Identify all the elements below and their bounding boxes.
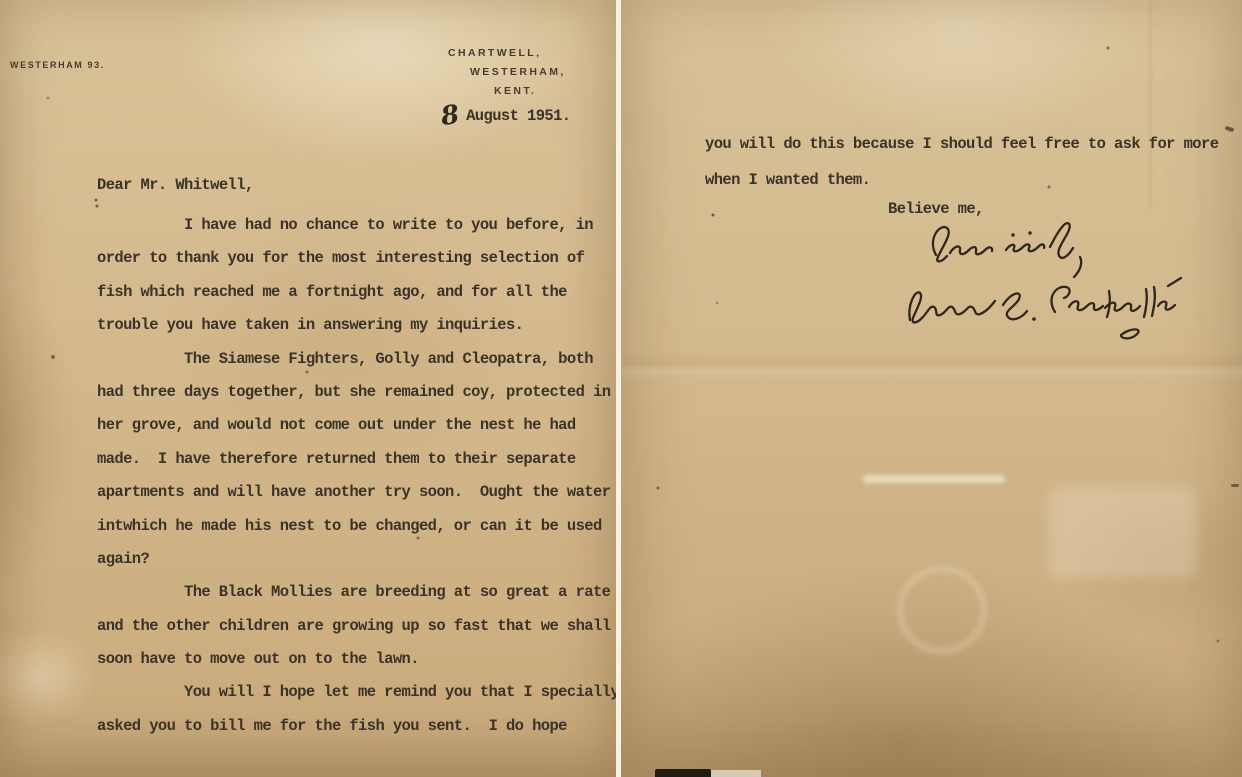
letter-line: I have had no chance to write to you bef… bbox=[97, 209, 616, 242]
letterhead-phone: WESTERHAM 93. bbox=[10, 60, 105, 70]
edge-mark bbox=[1225, 126, 1235, 133]
letter-line: trouble you have taken in answering my i… bbox=[97, 309, 616, 342]
letter-line: order to thank you for the most interest… bbox=[97, 242, 616, 275]
letter-body-page-1: I have had no chance to write to you bef… bbox=[97, 209, 616, 743]
letter-line: and the other children are growing up so… bbox=[97, 610, 616, 643]
letter-line: intwhich he made his nest to be changed,… bbox=[97, 510, 616, 543]
letter-line: fish which reached me a fortnight ago, a… bbox=[97, 276, 616, 309]
signature-handwriting bbox=[903, 276, 1219, 344]
letterhead-kent: KENT. bbox=[494, 85, 536, 97]
salutation: Dear Mr. Whitwell, bbox=[97, 176, 254, 194]
valediction-handwriting bbox=[914, 219, 1102, 283]
closing-line: Believe me, bbox=[888, 200, 984, 218]
letter-line: you will do this because I should feel f… bbox=[705, 126, 1218, 162]
ink-specks bbox=[621, 0, 623, 2]
letter-page-1: WESTERHAM 93. CHARTWELL, WESTERHAM, KENT… bbox=[0, 0, 616, 777]
letter-line: The Siamese Fighters, Golly and Cleopatr… bbox=[97, 343, 616, 376]
edge-mark bbox=[1231, 484, 1239, 487]
handwritten-day: 8 bbox=[439, 102, 461, 130]
letter-line: again? bbox=[97, 543, 616, 576]
letter-line: her grove, and would not come out under … bbox=[97, 409, 616, 442]
fold-crease bbox=[621, 350, 1242, 380]
letter-line: asked you to bill me for the fish you se… bbox=[97, 710, 616, 743]
bottom-edge-object-dark bbox=[655, 769, 711, 777]
letter-line: when I wanted them. bbox=[705, 162, 1218, 198]
letterhead-westerham: WESTERHAM, bbox=[470, 66, 566, 78]
ring-stain bbox=[897, 566, 987, 654]
letter-line: made. I have therefore returned them to … bbox=[97, 443, 616, 476]
date-line: 8 August 1951. bbox=[441, 103, 571, 129]
letter-page-2: you will do this because I should feel f… bbox=[621, 0, 1242, 777]
glare-patch bbox=[1049, 487, 1197, 579]
letter-line: You will I hope let me remind you that I… bbox=[97, 676, 616, 709]
letter-line: had three days together, but she remaine… bbox=[97, 376, 616, 409]
date-text: August 1951. bbox=[466, 107, 570, 125]
letter-body-page-2: you will do this because I should feel f… bbox=[705, 126, 1218, 198]
letter-line: apartments and will have another try soo… bbox=[97, 476, 616, 509]
churchill-letter-photo: WESTERHAM 93. CHARTWELL, WESTERHAM, KENT… bbox=[0, 0, 1242, 777]
letter-line: soon have to move out on to the lawn. bbox=[97, 643, 616, 676]
bottom-edge-object-light bbox=[711, 770, 761, 777]
ink-specks bbox=[0, 0, 2, 2]
bottom-edge-object bbox=[655, 769, 761, 777]
letterhead-chartwell: CHARTWELL, bbox=[448, 47, 541, 59]
letter-line: The Black Mollies are breeding at so gre… bbox=[97, 576, 616, 609]
light-streak bbox=[863, 475, 1005, 483]
